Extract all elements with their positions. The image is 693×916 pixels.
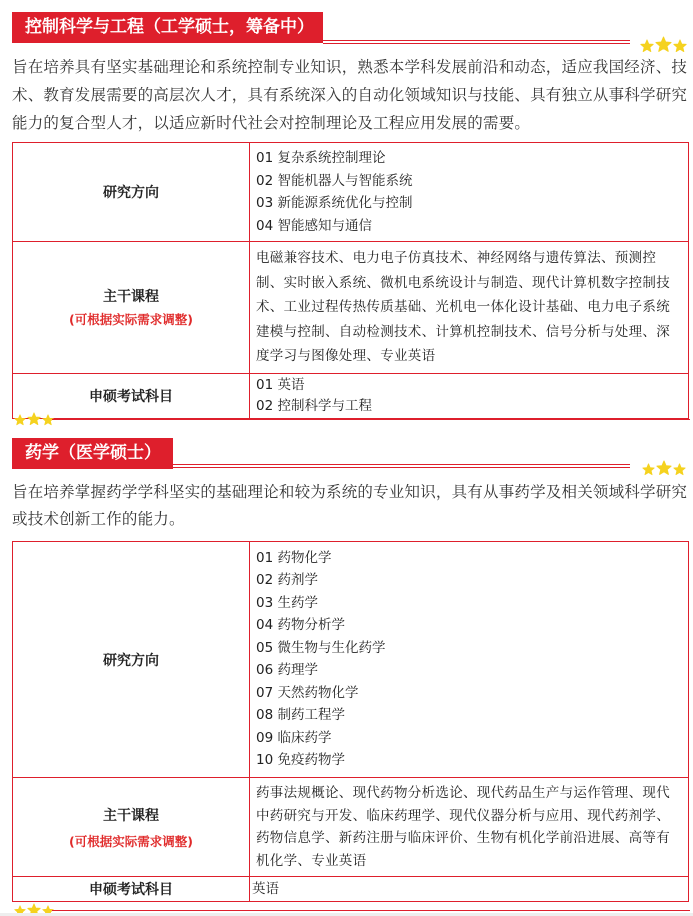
research-item: 08 制药工程学 xyxy=(256,704,683,727)
section-header: 控制科学与工程（工学硕士，筹备中） xyxy=(12,12,690,44)
courses-note: (可根据实际需求调整) xyxy=(13,832,249,850)
research-label-cell: 研究方向 xyxy=(13,542,250,778)
header-double-rule xyxy=(323,40,630,44)
header-double-rule xyxy=(173,464,630,468)
courses-text: 电磁兼容技术、电力电子仿真技术、神经网络与遗传算法、预测控制、实时嵌入系统、微机… xyxy=(256,246,683,369)
divider-line xyxy=(52,910,690,911)
table-row-courses: 主干课程 (可根据实际需求调整) 药事法规概论、现代药物分析选论、现代药品生产与… xyxy=(13,778,689,877)
table-row-courses: 主干课程 (可根据实际需求调整) 电磁兼容技术、电力电子仿真技术、神经网络与遗传… xyxy=(13,242,689,374)
section-intro: 旨在培养具有坚实基础理论和系统控制专业知识，熟悉本学科发展前沿和动态，适应我国经… xyxy=(12,53,690,137)
research-item: 04 药物分析学 xyxy=(256,614,683,637)
research-item: 07 天然药物化学 xyxy=(256,682,683,705)
research-item: 05 微生物与生化药学 xyxy=(256,637,683,660)
exam-label: 申硕考试科目 xyxy=(13,386,249,406)
section-intro: 旨在培养掌握药学学科坚实的基础理论和较为系统的专业知识，具有从事药学及相关领域科… xyxy=(12,479,690,533)
three-stars-icon xyxy=(640,36,687,53)
research-item: 09 临床药学 xyxy=(256,727,683,750)
program-info-table: 研究方向 01 复杂系统控制理论 02 智能机器人与智能系统 03 新能源系统优… xyxy=(12,142,689,419)
research-item: 02 智能机器人与智能系统 xyxy=(256,170,683,193)
courses-label: 主干课程 xyxy=(13,286,249,306)
section-header: 药学（医学硕士） xyxy=(12,438,690,470)
research-item: 03 生药学 xyxy=(256,592,683,615)
courses-label-cell: 主干课程 (可根据实际需求调整) xyxy=(13,778,250,877)
research-item: 03 新能源系统优化与控制 xyxy=(256,192,683,215)
section-title: 控制科学与工程（工学硕士，筹备中） xyxy=(12,12,323,43)
research-item: 06 药理学 xyxy=(256,659,683,682)
section-divider xyxy=(14,412,690,426)
courses-label-cell: 主干课程 (可根据实际需求调整) xyxy=(13,242,250,374)
research-item: 01 药物化学 xyxy=(256,547,683,570)
courses-label: 主干课程 xyxy=(13,805,249,825)
research-item: 02 药剂学 xyxy=(256,569,683,592)
exam-item: 英语 xyxy=(252,878,686,900)
courses-cell: 电磁兼容技术、电力电子仿真技术、神经网络与遗传算法、预测控制、实时嵌入系统、微机… xyxy=(250,242,689,374)
research-item: 01 复杂系统控制理论 xyxy=(256,147,683,170)
courses-cell: 药事法规概论、现代药物分析选论、现代药品生产与运作管理、现代中药研究与开发、临床… xyxy=(250,778,689,877)
research-item: 10 免疫药物学 xyxy=(256,749,683,772)
research-items-cell: 01 复杂系统控制理论 02 智能机器人与智能系统 03 新能源系统优化与控制 … xyxy=(250,143,689,242)
section-title: 药学（医学硕士） xyxy=(12,438,173,469)
research-label: 研究方向 xyxy=(13,182,249,202)
exam-item: 01 英语 xyxy=(256,375,683,396)
exam-label: 申硕考试科目 xyxy=(13,879,249,899)
research-label-cell: 研究方向 xyxy=(13,143,250,242)
table-row-research: 研究方向 01 药物化学 02 药剂学 03 生药学 04 药物分析学 05 微… xyxy=(13,542,689,778)
divider-line xyxy=(52,419,690,420)
table-row-research: 研究方向 01 复杂系统控制理论 02 智能机器人与智能系统 03 新能源系统优… xyxy=(13,143,689,242)
exam-items-cell: 英语 xyxy=(250,877,689,902)
research-item: 04 智能感知与通信 xyxy=(256,215,683,238)
research-label: 研究方向 xyxy=(13,650,249,670)
courses-note: (可根据实际需求调整) xyxy=(13,310,249,328)
three-stars-icon xyxy=(642,460,686,476)
courses-text: 药事法规概论、现代药物分析选论、现代药品生产与运作管理、现代中药研究与开发、临床… xyxy=(256,782,683,872)
three-stars-icon xyxy=(14,412,54,426)
table-row-exam: 申硕考试科目 英语 xyxy=(13,877,689,902)
program-info-table: 研究方向 01 药物化学 02 药剂学 03 生药学 04 药物分析学 05 微… xyxy=(12,541,689,902)
research-items-cell: 01 药物化学 02 药剂学 03 生药学 04 药物分析学 05 微生物与生化… xyxy=(250,542,689,778)
exam-label-cell: 申硕考试科目 xyxy=(13,877,250,902)
